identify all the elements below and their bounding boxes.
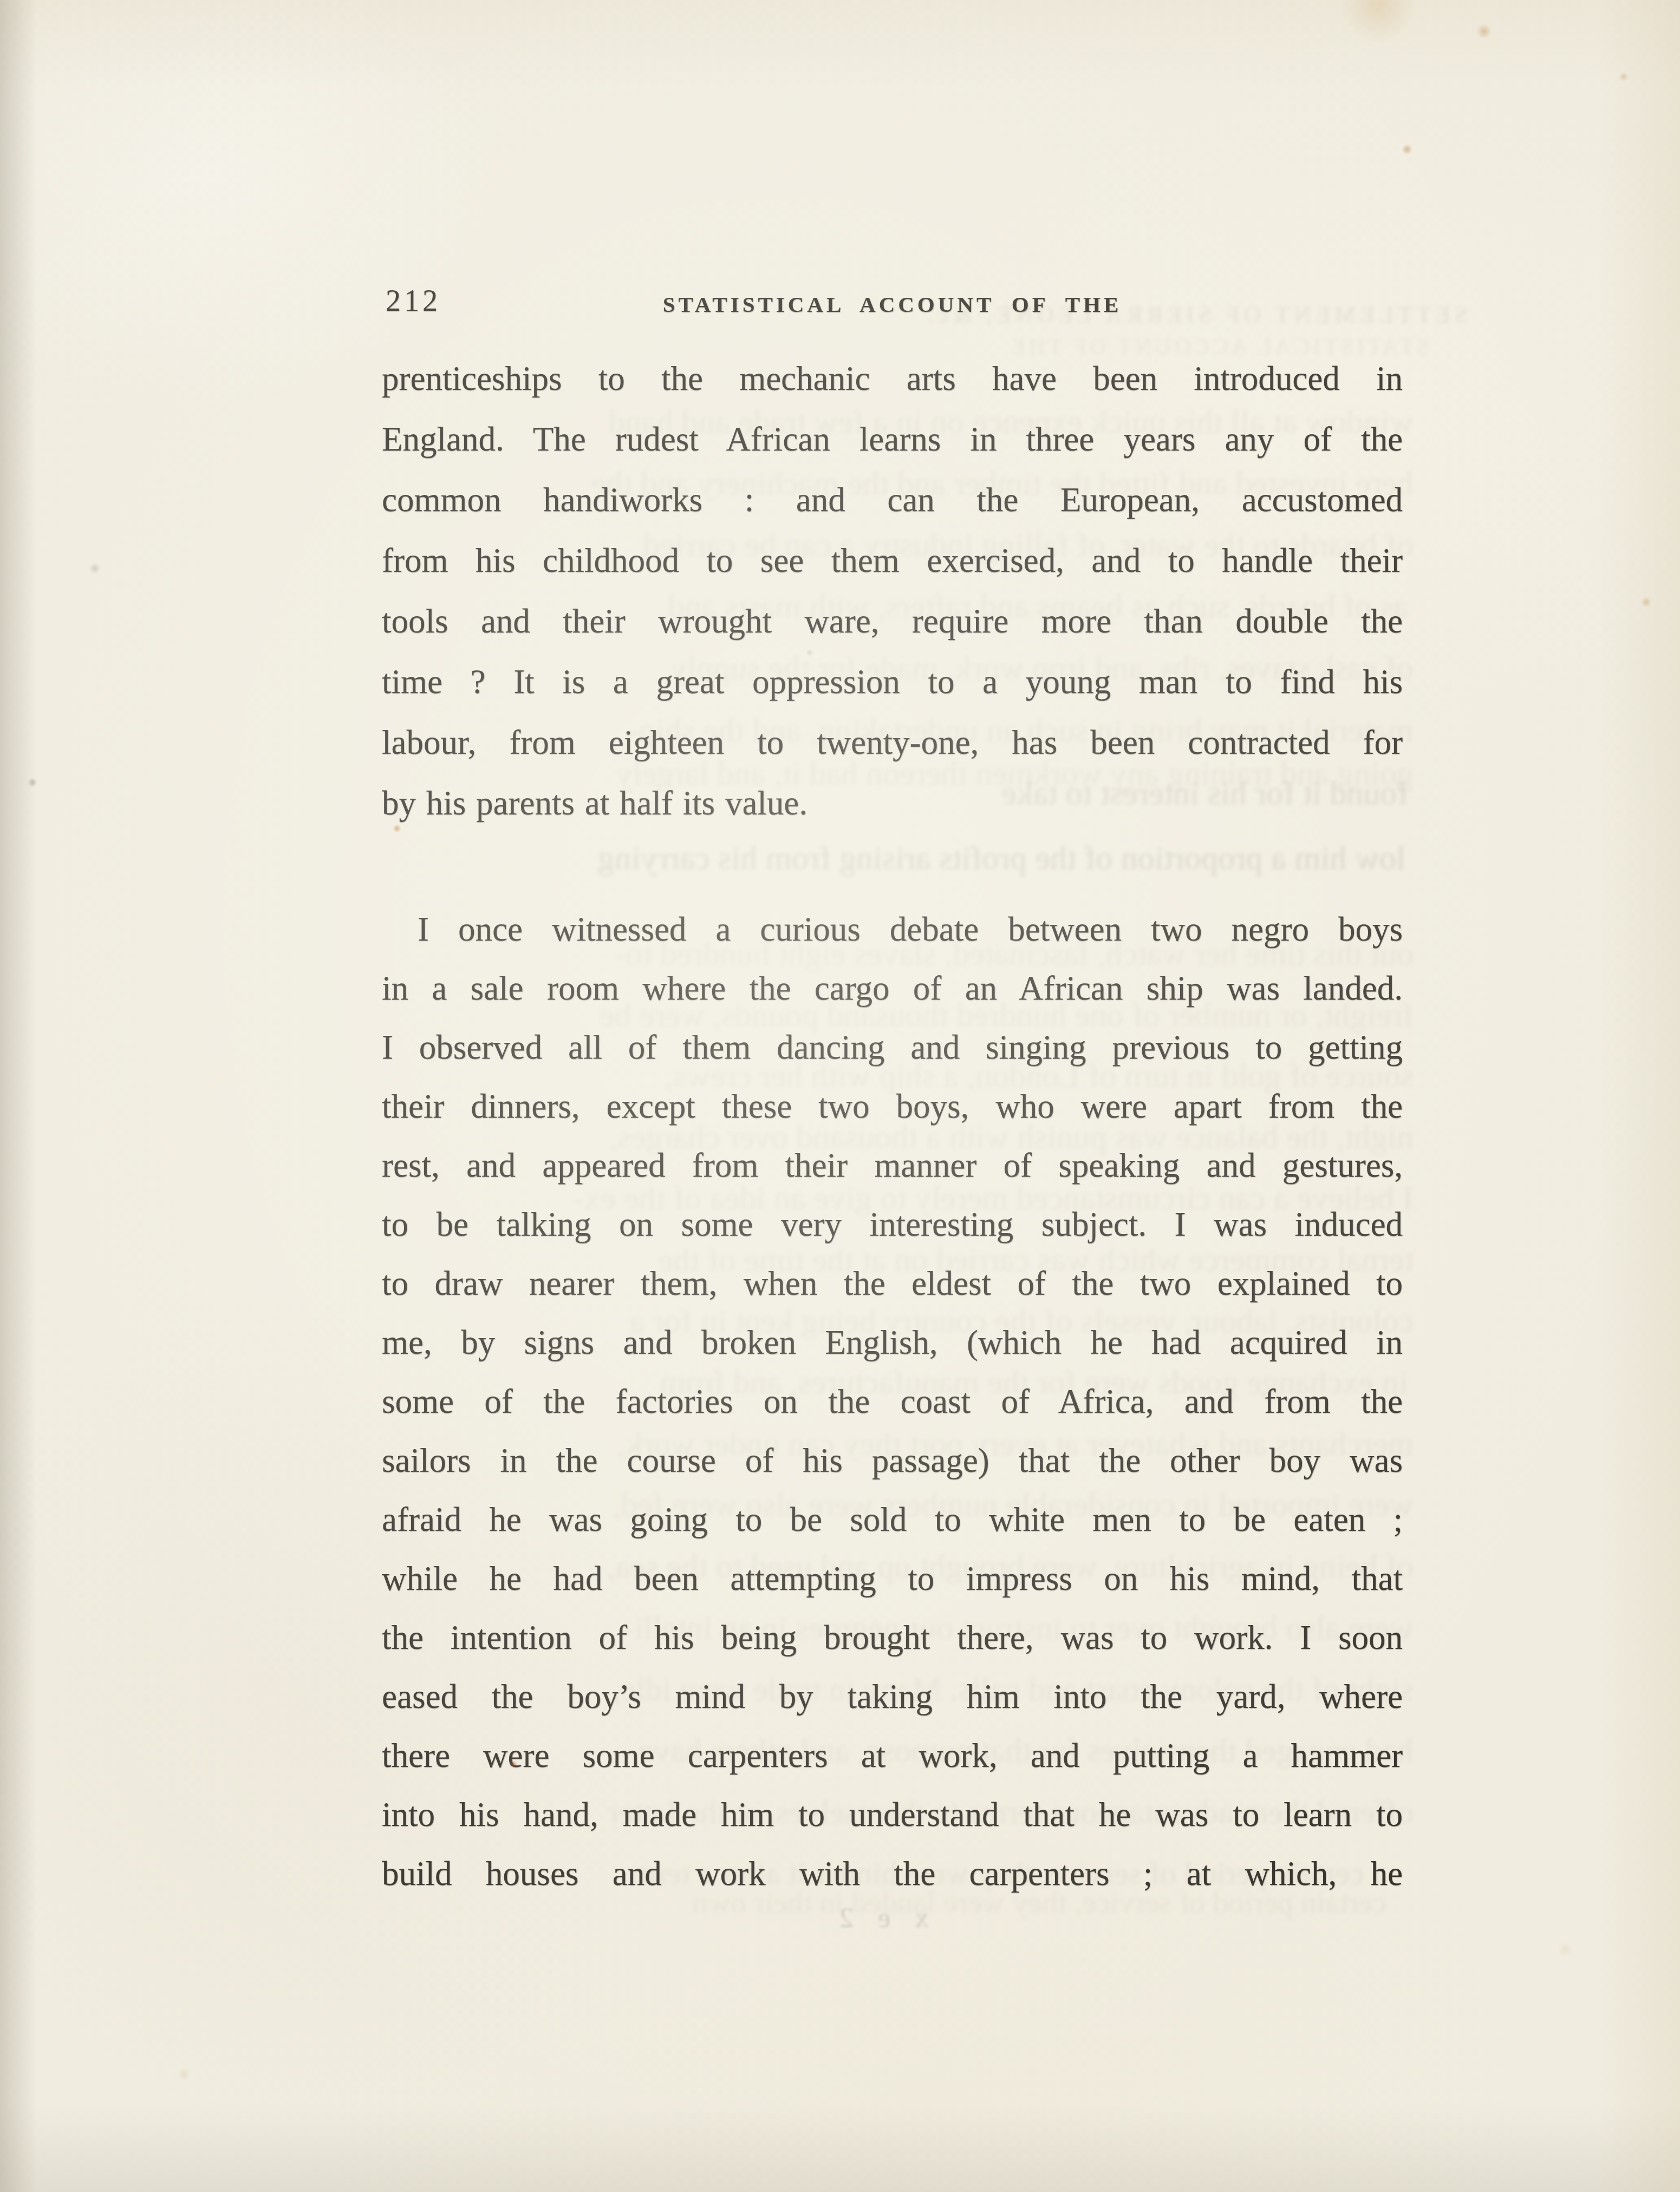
text-line: there were some carpenters at work, and …	[382, 1726, 1403, 1785]
text-line: the intention of his being brought there…	[382, 1608, 1403, 1667]
foxing-spot	[1619, 72, 1629, 82]
text-line: from his childhood to see them exercised…	[382, 530, 1403, 591]
foxing-spot	[1476, 24, 1492, 39]
foxing-spot	[1402, 144, 1412, 155]
text-line: eased the boy’s mind by taking him into …	[382, 1667, 1403, 1726]
text-line: afraid he was going to be sold to white …	[382, 1490, 1403, 1549]
text-line: their dinners, except these two boys, wh…	[382, 1077, 1403, 1136]
text-line: build houses and work with the carpenter…	[382, 1844, 1403, 1903]
ghost-line: low him a proportion of the profits aris…	[387, 838, 1405, 878]
text-line: labour, from eighteen to twenty-one, has…	[382, 712, 1403, 773]
paragraph-1: prenticeships to the mechanic arts have …	[382, 348, 1403, 833]
text-line: to draw nearer them, when the eldest of …	[382, 1254, 1403, 1313]
foxing-spot	[178, 2067, 191, 2080]
running-header: STATISTICAL ACCOUNT OF THE	[382, 291, 1403, 318]
text-line: rest, and appeared from their manner of …	[382, 1136, 1403, 1195]
foxing-spot	[28, 778, 37, 787]
text-line: in a sale room where the cargo of an Afr…	[382, 959, 1403, 1018]
text-line: while he had been attempting to impress …	[382, 1549, 1403, 1608]
text-line: some of the factories on the coast of Af…	[382, 1372, 1403, 1431]
text-line: I observed all of them dancing and singi…	[382, 1018, 1403, 1077]
foxing-spot	[89, 563, 101, 575]
text-line: tools and their wrought ware, require mo…	[382, 591, 1403, 651]
text-line: time ? It is a great oppression to a you…	[382, 651, 1403, 712]
book-page-scan: SETTLEMENT OF SIERRA LEONE, &c.STATISTIC…	[0, 0, 1680, 2192]
ghost-signature-mark: x e 2	[788, 1902, 929, 1935]
foxing-spot	[1340, 0, 1416, 43]
text-line: common handiworks : and can the European…	[382, 469, 1403, 530]
foxing-spot	[1558, 1942, 1573, 1957]
text-line: into his hand, made him to understand th…	[382, 1785, 1403, 1844]
text-line: I once witnessed a curious debate betwee…	[382, 900, 1403, 959]
text-line: sailors in the course of his passage) th…	[382, 1431, 1403, 1490]
text-line: by his parents at half its value.	[382, 773, 1403, 833]
text-line: me, by signs and broken English, (which …	[382, 1313, 1403, 1372]
text-line: prenticeships to the mechanic arts have …	[382, 348, 1403, 409]
foxing-spot	[1641, 597, 1652, 608]
text-line: to be talking on some very interesting s…	[382, 1195, 1403, 1254]
paragraph-2: I once witnessed a curious debate betwee…	[382, 900, 1403, 1903]
text-line: England. The rudest African learns in th…	[382, 409, 1403, 469]
